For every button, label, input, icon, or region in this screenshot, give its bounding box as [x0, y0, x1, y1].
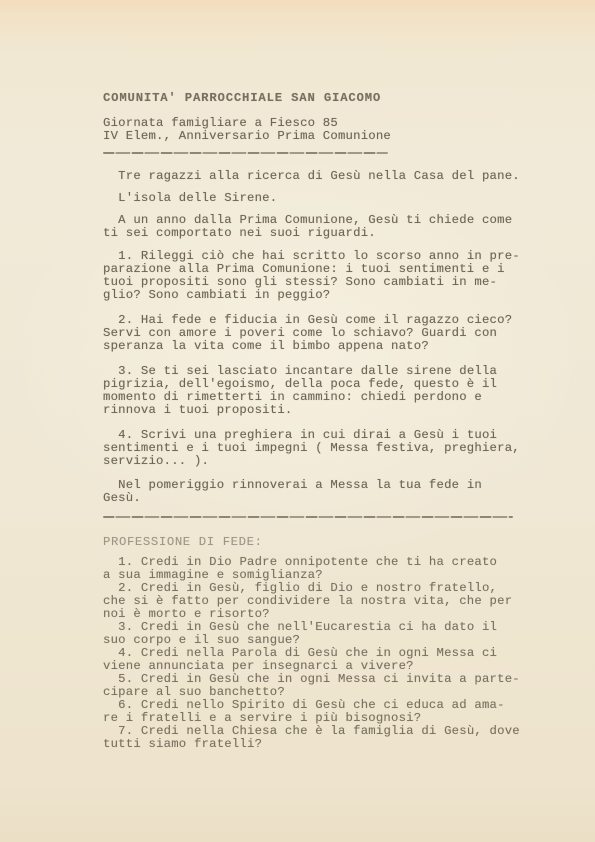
profession-item-2: 2. Credi in Gesù, figlio di Dio e nostro…	[103, 582, 529, 621]
header-divider-rule	[103, 152, 388, 154]
text-line: rinnova i tuoi propositi.	[103, 404, 529, 417]
intro-paragraph: Tre ragazzi alla ricerca di Gesù nella C…	[103, 170, 529, 183]
section-divider-rule	[103, 516, 513, 518]
task-paragraph-3: 3. Se ti sei lasciato incantare dalle si…	[103, 365, 529, 417]
profession-item-3: 3. Credi in Gesù che nell'Eucarestia ci …	[103, 621, 529, 647]
typewritten-content: COMUNITA' PARROCCHIALE SAN GIACOMO Giorn…	[103, 92, 529, 751]
page-title: COMUNITA' PARROCCHIALE SAN GIACOMO	[103, 92, 529, 105]
header-subtitle: Giornata famigliare a Fiesco 85 IV Elem.…	[103, 117, 529, 143]
scanned-document-sheet: COMUNITA' PARROCCHIALE SAN GIACOMO Giorn…	[0, 0, 595, 842]
text-line: L'isola delle Sirene.	[103, 192, 529, 205]
text-line: Nel pomeriggio rinnoverai a Messa la tua…	[103, 479, 529, 492]
profession-item-7: 7. Credi nella Chiesa che è la famiglia …	[103, 725, 529, 751]
profession-item-1: 1. Credi in Dio Padre onnipotente che ti…	[103, 556, 529, 582]
task-paragraph-4: 4. Scrivi una preghiera in cui dirai a G…	[103, 429, 529, 468]
profession-item-6: 6. Credi nello Spirito di Gesù che ci ed…	[103, 699, 529, 725]
text-line: tutti siamo fratelli?	[103, 738, 529, 751]
closing-paragraph: Nel pomeriggio rinnoverai a Messa la tua…	[103, 479, 529, 505]
text-line: Tre ragazzi alla ricerca di Gesù nella C…	[103, 170, 529, 183]
text-line: speranza la vita come il bimbo appena na…	[103, 340, 529, 353]
subtitle-line: IV Elem., Anniversario Prima Comunione	[103, 130, 529, 143]
intro-paragraph: A un anno dalla Prima Comunione, Gesù ti…	[103, 214, 529, 240]
text-line: glio? Sono cambiati in peggio?	[103, 289, 529, 302]
task-paragraph-2: 2. Hai fede e fiducia in Gesù come il ra…	[103, 314, 529, 353]
task-paragraph-1: 1. Rileggi ciò che hai scritto lo scorso…	[103, 250, 529, 302]
text-line: Gesù.	[103, 492, 529, 505]
intro-paragraph: L'isola delle Sirene.	[103, 192, 529, 205]
profession-heading: PROFESSIONE DI FEDE:	[103, 536, 529, 549]
profession-item-5: 5. Credi in Gesù che in ogni Messa ci in…	[103, 673, 529, 699]
text-line: servizio... ).	[103, 455, 529, 468]
profession-item-4: 4. Credi nella Parola di Gesù che in ogn…	[103, 647, 529, 673]
profession-list: 1. Credi in Dio Padre onnipotente che ti…	[103, 556, 529, 751]
text-line: ti sei comportato nei suoi riguardi.	[103, 227, 529, 240]
